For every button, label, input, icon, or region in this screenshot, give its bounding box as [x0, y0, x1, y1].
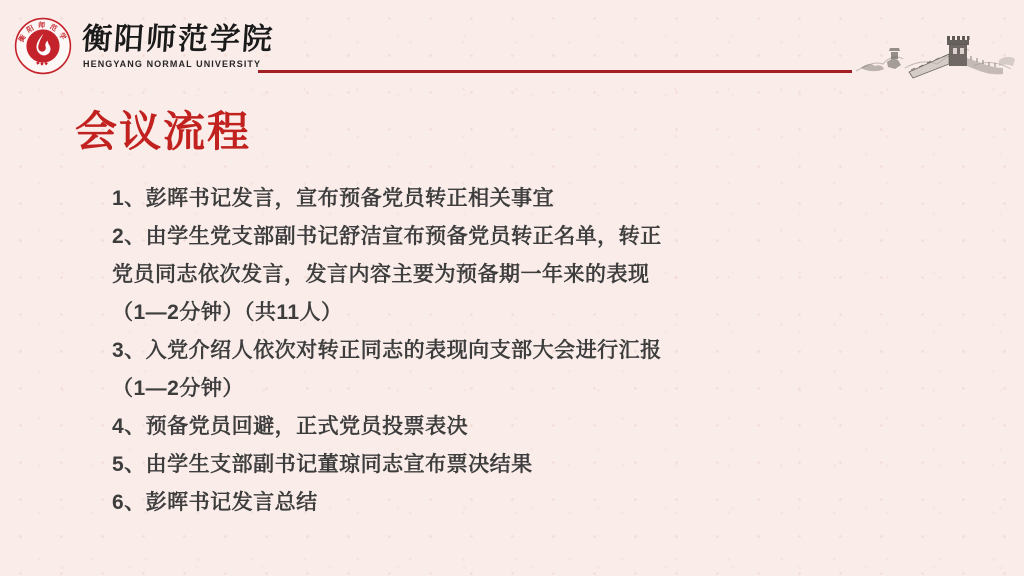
header-rule — [258, 70, 852, 73]
agenda-line-2: 2、由学生党支部副书记舒洁宣布预备党员转正名单，转正 — [112, 218, 752, 256]
great-wall-sketch-icon — [853, 24, 1017, 92]
university-name-en: HENGYANG NORMAL UNIVERSITY — [83, 59, 343, 69]
agenda-line-5: 5、由学生支部副书记董琼同志宣布票决结果 — [112, 446, 752, 484]
slide-title: 会议流程 — [75, 99, 251, 159]
university-seal-icon: 衡阳师范学院 ◆◆◆ — [14, 17, 72, 75]
agenda-line-2c: （1—2分钟）（共11人） — [112, 294, 752, 332]
agenda-line-4: 4、预备党员回避，正式党员投票表决 — [112, 408, 752, 446]
agenda-line-6: 6、彭晖书记发言总结 — [112, 484, 752, 522]
agenda-line-2b: 党员同志依次发言，发言内容主要为预备期一年来的表现 — [112, 256, 752, 294]
university-name-cn: 衡阳师范学院 — [81, 22, 344, 58]
agenda-line-1: 1、彭晖书记发言，宣布预备党员转正相关事宜 — [112, 180, 752, 218]
agenda-list: 1、彭晖书记发言，宣布预备党员转正相关事宜 2、由学生党支部副书记舒洁宣布预备党… — [112, 180, 752, 522]
presentation-slide: 衡阳师范学院 ◆◆◆ 衡阳师范学院 HENGYANG NORMAL UNIVER… — [0, 0, 1024, 576]
agenda-line-3: 3、入党介绍人依次对转正同志的表现向支部大会进行汇报 — [112, 332, 752, 370]
agenda-line-3b: （1—2分钟） — [112, 370, 752, 408]
